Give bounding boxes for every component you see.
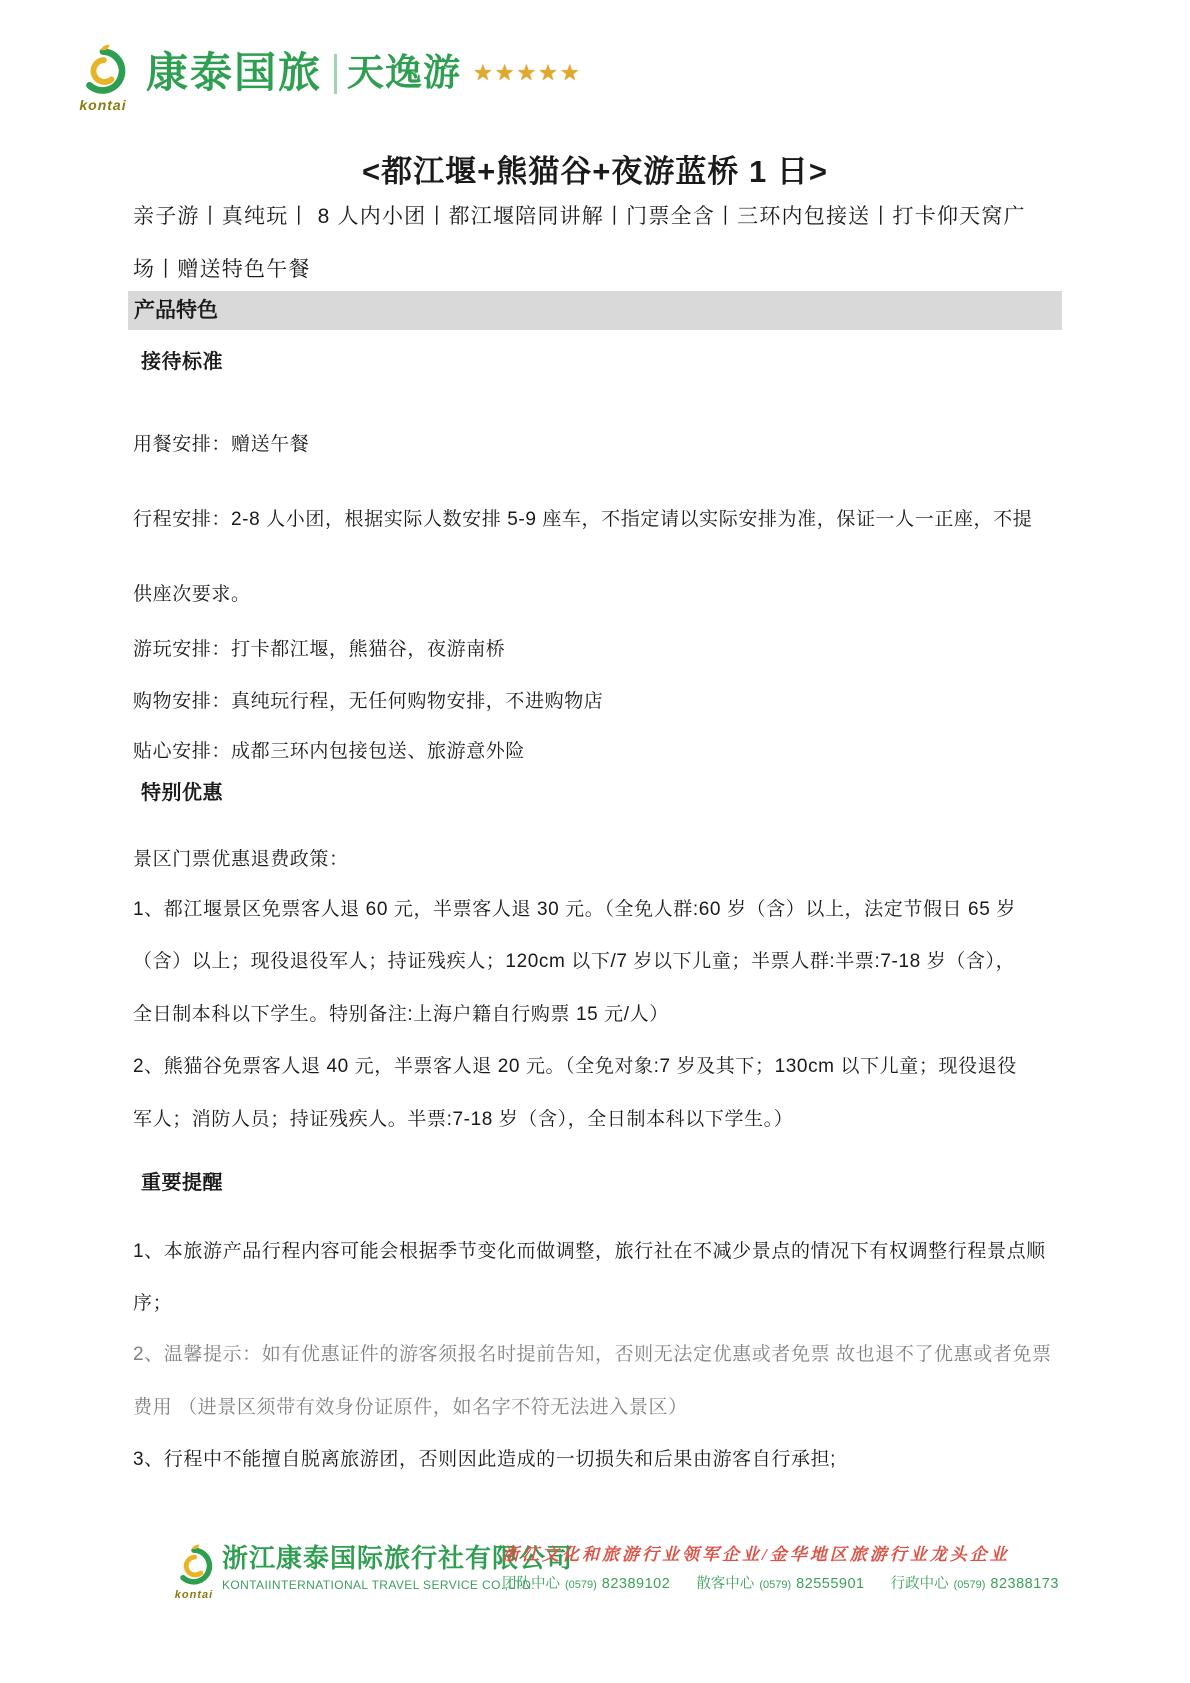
subtitle-line-1: 亲子游丨真纯玩丨 8 人内小团丨都江堰陪同讲解丨门票全含丨三环内包接送丨打卡仰天… bbox=[133, 203, 1063, 231]
kontai-logo-word: kontai bbox=[79, 97, 126, 113]
phone-label: 团队中心 bbox=[502, 1572, 560, 1593]
phone-area-code: (0579) bbox=[954, 1579, 986, 1591]
subtitle-line-2: 场丨赠送特色午餐 bbox=[133, 256, 1063, 284]
policy-line-3: 全日制本科以下学生。特别备注:上海户籍自行购票 15 元/人） bbox=[133, 1001, 1073, 1028]
phone-number: 82389102 bbox=[602, 1576, 671, 1592]
policy-title: 景区门票优惠退费政策： bbox=[133, 846, 1073, 873]
page-title: <都江堰+熊猫谷+夜游蓝桥 1 日> bbox=[128, 146, 1062, 191]
body-line-play: 游玩安排：打卡都江堰，熊猫谷，夜游南桥 bbox=[133, 636, 1073, 663]
phone-number: 82555901 bbox=[796, 1576, 865, 1592]
heading-important-notice: 重要提醒 bbox=[141, 1170, 223, 1196]
footer-phone-individual: 散客中心 (0579) 82555901 bbox=[696, 1572, 864, 1593]
kontai-logo: kontai bbox=[72, 44, 134, 113]
section-bar-product-features: 产品特色 bbox=[128, 291, 1062, 330]
policy-line-5: 军人；消防人员；持证残疾人。半票:7-18 岁（含），全日制本科以下学生。） bbox=[133, 1106, 1073, 1133]
footer-phone-admin: 行政中心 (0579) 82388173 bbox=[891, 1572, 1059, 1593]
document-page: kontai 康泰国旅 天逸游 ★★★★★ <都江堰+熊猫谷+夜游蓝桥 1 日>… bbox=[0, 0, 1190, 1683]
footer-kontai-logo-word: kontai bbox=[175, 1589, 213, 1601]
notice-line-2: 序； bbox=[133, 1290, 1073, 1317]
policy-line-1: 1、都江堰景区免票客人退 60 元，半票客人退 30 元。（全免人群:60 岁（… bbox=[133, 896, 1073, 923]
body-line-trip-2: 供座次要求。 bbox=[133, 581, 1073, 608]
phone-area-code: (0579) bbox=[759, 1579, 791, 1591]
kontai-swirl-icon bbox=[76, 44, 130, 103]
policy-line-4: 2、熊猫谷免票客人退 40 元，半票客人退 20 元。（全免对象:7 岁及其下；… bbox=[133, 1053, 1073, 1080]
sub-brand-name: 天逸游 bbox=[347, 44, 461, 102]
brand-divider bbox=[334, 54, 337, 94]
brand-header: kontai 康泰国旅 天逸游 ★★★★★ bbox=[72, 44, 582, 113]
body-line-care: 贴心安排：成都三环内包接包送、旅游意外险 bbox=[133, 738, 1073, 765]
notice-line-3: 2、温馨提示：如有优惠证件的游客须报名时提前告知，否则无法定优惠或者免票 故也退… bbox=[133, 1341, 1073, 1368]
footer-phone-team: 团队中心 (0579) 82389102 bbox=[502, 1572, 670, 1593]
policy-line-2: （含）以上；现役退役军人；持证残疾人；120cm 以下/7 岁以下儿童；半票人群… bbox=[133, 948, 1073, 975]
phone-label: 行政中心 bbox=[891, 1572, 949, 1593]
body-line-trip-1: 行程安排：2-8 人小团，根据实际人数安排 5-9 座车，不指定请以实际安排为准… bbox=[133, 506, 1073, 533]
phone-label: 散客中心 bbox=[696, 1572, 754, 1593]
notice-line-1: 1、本旅游产品行程内容可能会根据季节变化而做调整，旅行社在不减少景点的情况下有权… bbox=[133, 1238, 1073, 1265]
body-line-shopping: 购物安排：真纯玩行程，无任何购物安排，不进购物店 bbox=[133, 688, 1073, 715]
footer-honor-text: 浙江文化和旅游行业领军企业/金华地区旅游行业龙头企业 bbox=[502, 1540, 1010, 1565]
brand-name: 康泰国旅 bbox=[146, 44, 322, 102]
footer-kontai-swirl-icon bbox=[172, 1544, 216, 1593]
notice-line-4: 费用 （进景区须带有效身份证原件，如名字不符无法进入景区） bbox=[133, 1394, 1073, 1421]
footer-phone-list: 团队中心 (0579) 82389102 散客中心 (0579) 8255590… bbox=[502, 1572, 1059, 1593]
footer-company-name-en: KONTAIINTERNATIONAL TRAVEL SERVICE CO.,L… bbox=[222, 1578, 535, 1592]
heading-special-offer: 特别优惠 bbox=[141, 780, 223, 806]
phone-number: 82388173 bbox=[990, 1576, 1059, 1592]
heading-reception-standard: 接待标准 bbox=[141, 349, 223, 375]
footer-kontai-logo: kontai bbox=[168, 1544, 220, 1601]
notice-line-5: 3、行程中不能擅自脱离旅游团，否则因此造成的一切损失和后果由游客自行承担; bbox=[133, 1446, 1073, 1473]
star-rating-icon: ★★★★★ bbox=[473, 60, 582, 86]
phone-area-code: (0579) bbox=[565, 1579, 597, 1591]
body-line-meal: 用餐安排：赠送午餐 bbox=[133, 431, 1073, 458]
